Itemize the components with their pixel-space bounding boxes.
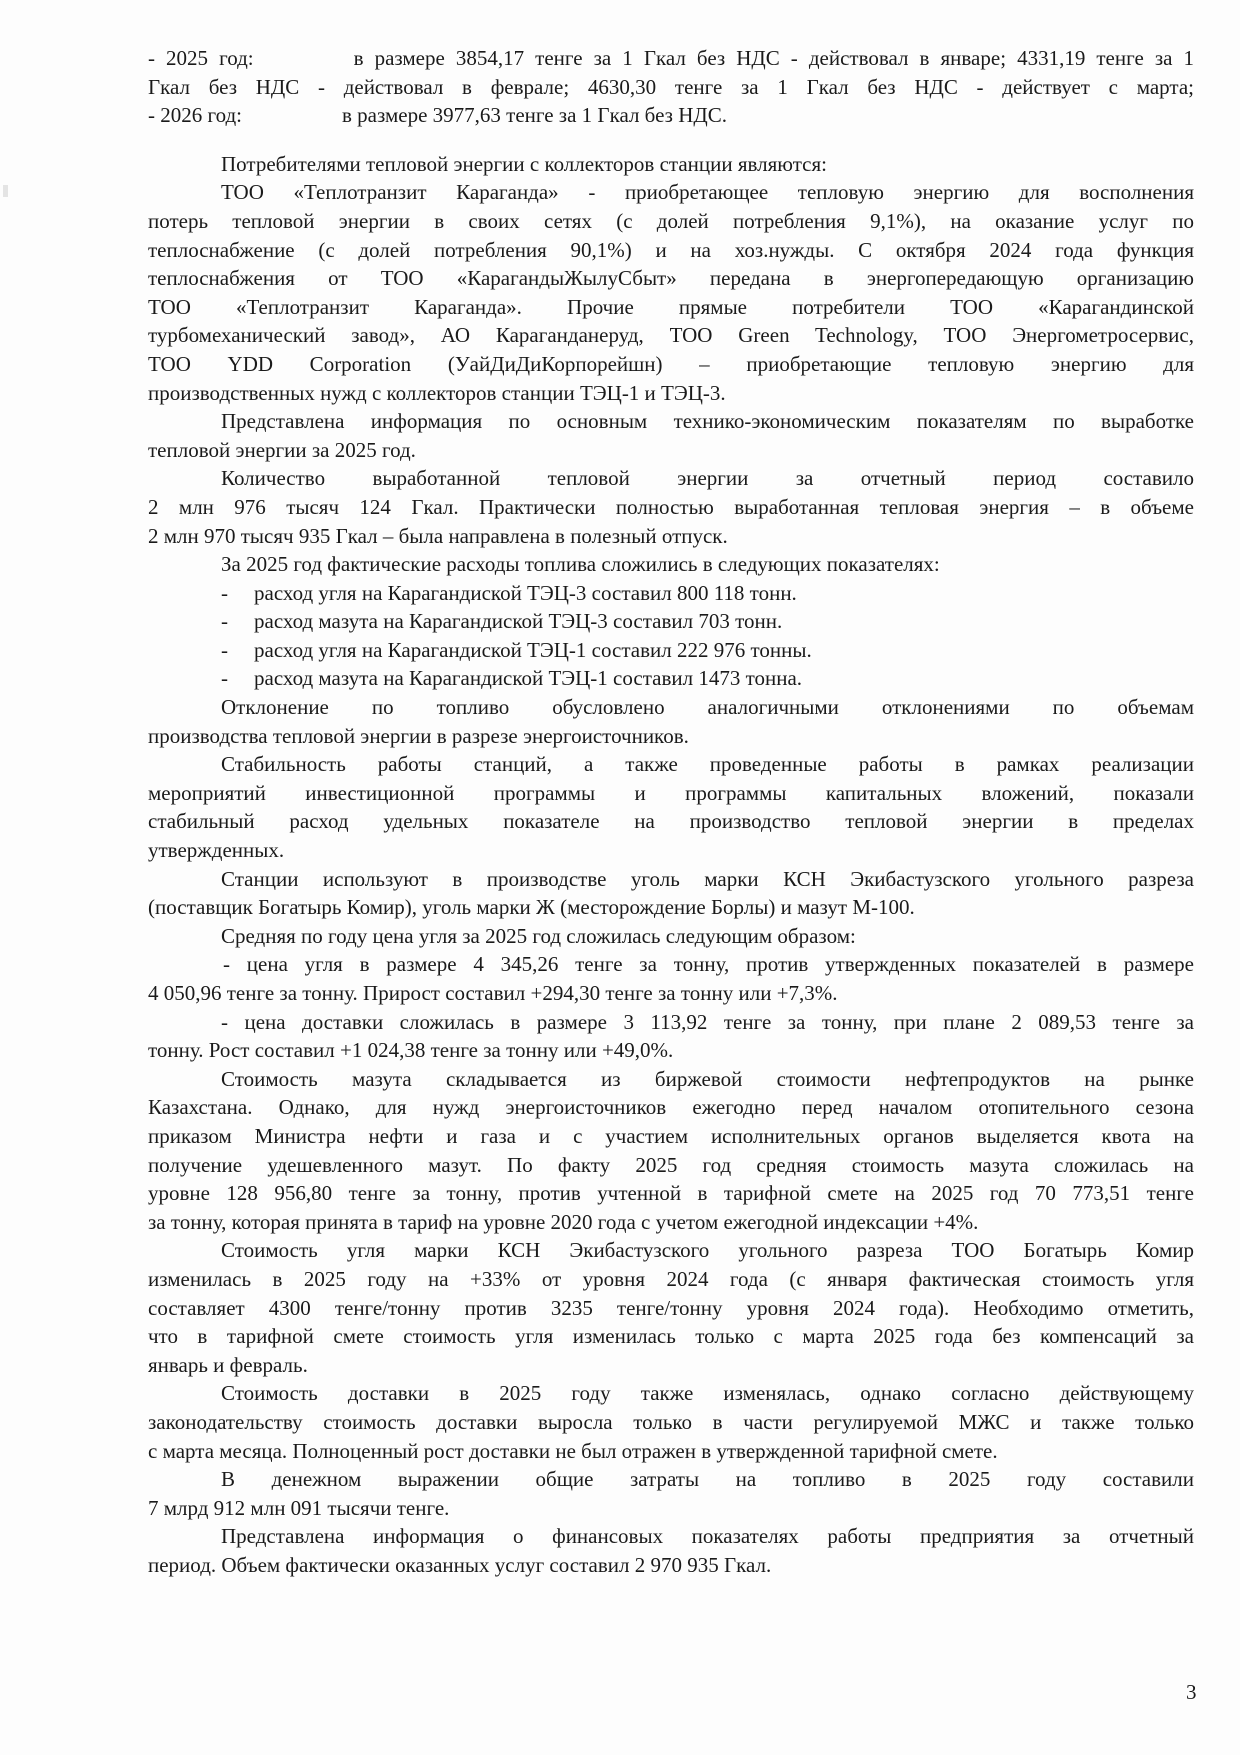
tariff-section: - 2025 год:в размере 3854,17 тенге за 1 …: [148, 44, 1194, 130]
mazut-paragraph: Стоимость мазута складывается из биржево…: [148, 1065, 1194, 1237]
consumers-heading: Потребителями тепловой энергии с коллект…: [148, 150, 1194, 179]
ksn-cost-paragraph: Стоимость угля марки КСН Экибастузского …: [148, 1236, 1194, 1379]
paragraph-line: ТОО «Теплотранзит Караганда» - приобрета…: [148, 178, 1194, 207]
paragraph-line: производственных нужд с коллекторов стан…: [148, 379, 1194, 408]
paragraph-line: потерь тепловой энергии в своих сетях (с…: [148, 207, 1194, 236]
fuel-intro: За 2025 год фактические расходы топлива …: [148, 550, 1194, 579]
coal-types-paragraph: Станции используют в производстве уголь …: [148, 865, 1194, 922]
list-item: -расход мазута на Карагандиской ТЭЦ-3 со…: [148, 607, 1194, 636]
document-page: - 2025 год:в размере 3854,17 тенге за 1 …: [148, 44, 1194, 1579]
tariff-2026-line: - 2026 год:в размере 3977,63 тенге за 1 …: [148, 101, 1194, 130]
list-item: -расход угля на Карагандиской ТЭЦ-1 сост…: [148, 636, 1194, 665]
coal-price-section: Средняя по году цена угля за 2025 год сл…: [148, 922, 1194, 1065]
paragraph-line: турбомеханический завод», АО Карагандане…: [148, 321, 1194, 350]
consumers-section: Потребителями тепловой энергии с коллект…: [148, 150, 1194, 407]
list-item: -расход мазута на Карагандиской ТЭЦ-1 со…: [148, 664, 1194, 693]
paragraph-line: теплоснабжение (с долей потребления 90,1…: [148, 236, 1194, 265]
delivery-cost-paragraph: Стоимость доставки в 2025 году также изм…: [148, 1379, 1194, 1465]
paragraph-line: ТОО YDD Corporation (УайДиДиКорпорейшн) …: [148, 350, 1194, 379]
paragraph-line: теплоснабжения от ТОО «КарагандыЖылуСбыт…: [148, 264, 1194, 293]
financial-paragraph: Представлена информация о финансовых пок…: [148, 1522, 1194, 1579]
page-number: 3: [1186, 1680, 1197, 1705]
tep-info-paragraph: Представлена информация по основным техн…: [148, 407, 1194, 464]
tariff-2025-line1: - 2025 год:в размере 3854,17 тенге за 1 …: [148, 44, 1194, 73]
paragraph-line: ТОО «Теплотранзит Караганда». Прочие пря…: [148, 293, 1194, 322]
deviation-paragraph: Отклонение по топливо обусловлено аналог…: [148, 693, 1194, 750]
fuel-consumption-section: За 2025 год фактические расходы топлива …: [148, 550, 1194, 693]
total-fuel-paragraph: В денежном выражении общие затраты на то…: [148, 1465, 1194, 1522]
scan-artifact: [3, 185, 8, 197]
production-paragraph: Количество выработанной тепловой энергии…: [148, 464, 1194, 550]
tariff-2025-line2: Гкал без НДС - действовал в феврале; 463…: [148, 73, 1194, 102]
stability-paragraph: Стабильность работы станций, а также про…: [148, 750, 1194, 864]
list-item: -расход угля на Карагандиской ТЭЦ-3 сост…: [148, 579, 1194, 608]
